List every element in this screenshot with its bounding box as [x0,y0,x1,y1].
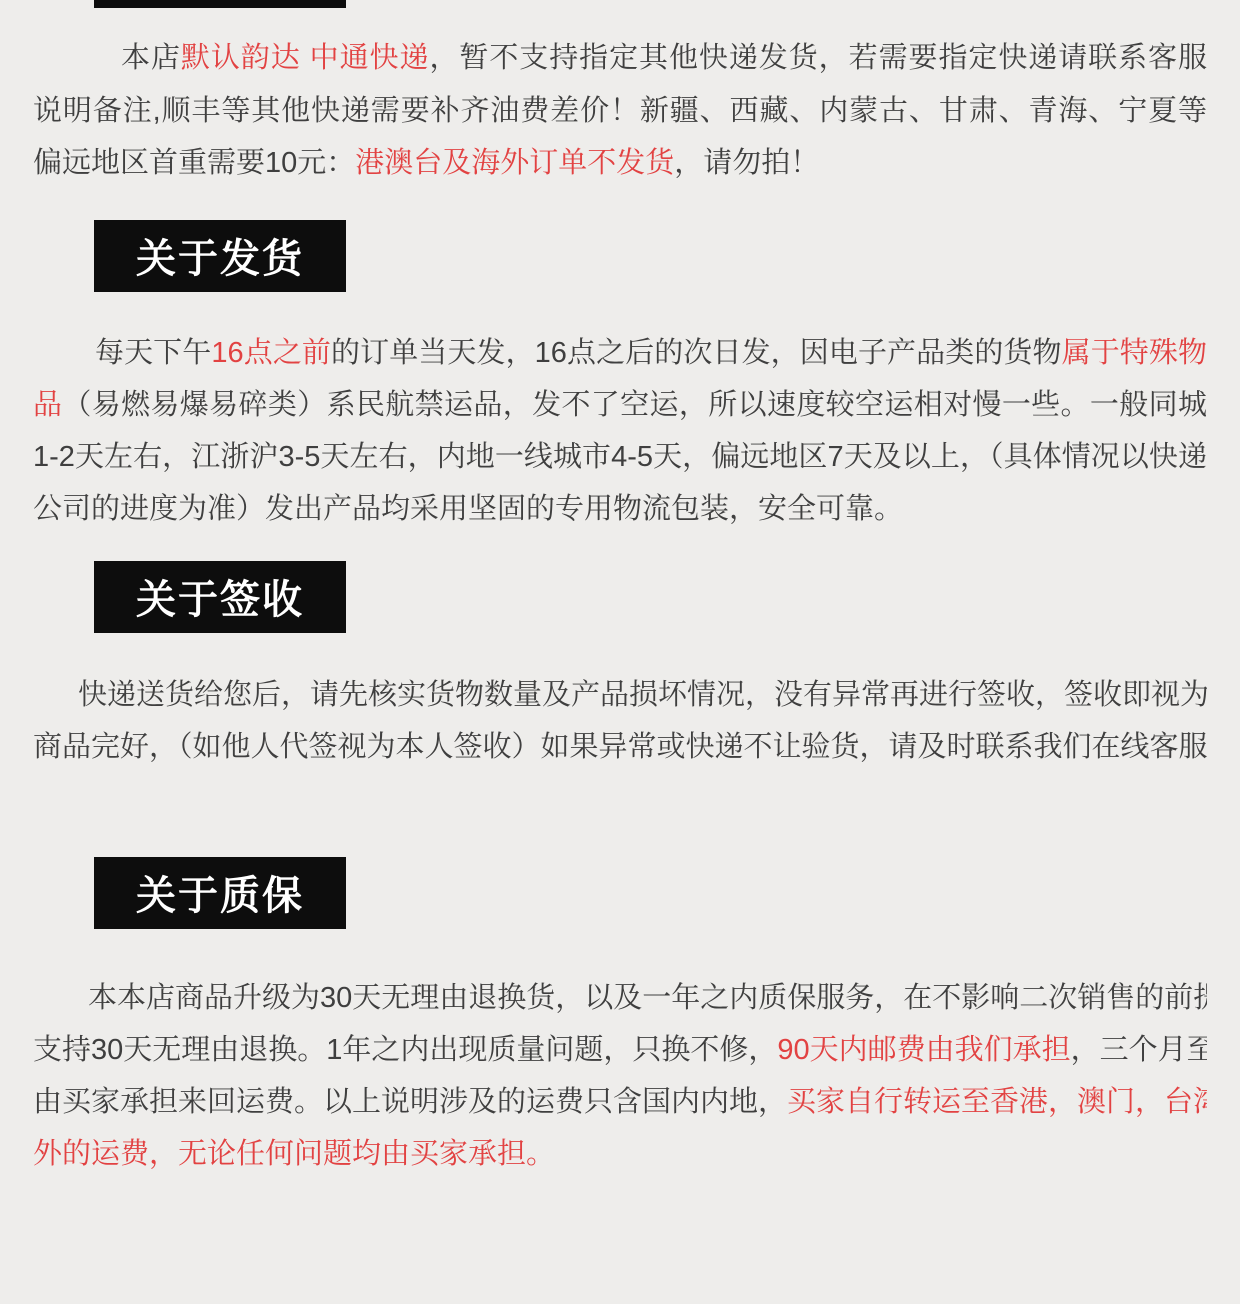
text-segment: 公司的进度为准）发出产品均采用坚固的专用物流包装，安全可靠。 [33,493,903,525]
text-line: 每天下午16点之前的订单当天发，16点之后的次日发，因电子产品类的货物属于特殊物 [33,327,1207,379]
text-segment: ，请勿拍！ [674,147,819,179]
text-segment: （易燃易爆易碎类）系民航禁运品，发不了空运，所以速度较空运相对慢一些。一般同城 [62,389,1207,421]
highlighted-text: 默认韵达 中通快递 [181,42,430,74]
highlighted-text: 16点之前 [211,337,331,369]
text-line: 1-2天左右，江浙沪3-5天左右，内地一线城市4-5天，偏远地区7天及以上，（具… [33,431,1207,483]
warranty-section-banner: 关于质保 [94,857,346,929]
text-line: 偏远地区首重需要10元：港澳台及海外订单不发货，请勿拍！ [33,137,1207,190]
text-segment: ，暂不支持指定其他快递发货，若需要指定快递请联系客服 [429,42,1207,74]
text-line: 本本店商品升级为30天无理由退换货，以及一年之内质保服务，在不影响二次销售的前提… [33,972,1207,1024]
text-line: 由买家承担来回运费。以上说明涉及的运费只含国内内地，买家自行转运至香港，澳门，台… [33,1076,1207,1128]
text-line: 支持30天无理由退换。1年之内出现质量问题，只换不修，90天内邮费由我们承担，三… [33,1024,1207,1076]
text-segment: 的订单当天发，16点之后的次日发，因电子产品类的货物 [331,337,1062,369]
highlighted-text: 90天内邮费由我们承担 [777,1034,1070,1066]
text-segment: 每天下午 [95,337,211,369]
receipt-section-banner: 关于签收 [94,561,346,633]
warranty-banner-title: 关于质保 [136,864,304,921]
product-policy-page: 本店默认韵达 中通快递，暂不支持指定其他快递发货，若需要指定快递请联系客服说明备… [0,0,1240,1304]
text-segment: 说明备注,顺丰等其他快递需要补齐油费差价！新疆、西藏、内蒙古、甘肃、青海、宁夏等 [33,95,1207,127]
highlighted-text: 港澳台及海外订单不发货 [355,147,674,179]
cutoff-banner-strip [94,0,346,8]
text-segment: 由买家承担来回运费。以上说明涉及的运费只含国内内地， [33,1086,787,1118]
text-segment: 1-2天左右，江浙沪3-5天左右，内地一线城市4-5天，偏远地区7天及以上，（具… [33,441,1207,473]
text-line: 说明备注,顺丰等其他快递需要补齐油费差价！新疆、西藏、内蒙古、甘肃、青海、宁夏等 [33,85,1207,138]
text-segment: 支持30天无理由退换。1年之内出现质量问题，只换不修， [33,1034,777,1066]
text-line: 外的运费，无论任何问题均由买家承担。 [33,1128,1207,1180]
text-line: 品（易燃易爆易碎类）系民航禁运品，发不了空运，所以速度较空运相对慢一些。一般同城 [33,379,1207,431]
highlighted-text: 买家自行转运至香港，澳门，台湾及国 [787,1086,1207,1118]
text-line: 商品完好，（如他人代签视为本人签收）如果异常或快递不让验货，请及时联系我们在线客… [33,721,1207,773]
receipt-paragraph: 快递送货给您后，请先核实货物数量及产品损坏情况，没有异常再进行签收，签收即视为商… [33,669,1207,773]
courier-intro-paragraph: 本店默认韵达 中通快递，暂不支持指定其他快递发货，若需要指定快递请联系客服说明备… [33,32,1207,190]
text-line: 快递送货给您后，请先核实货物数量及产品损坏情况，没有异常再进行签收，签收即视为 [33,669,1207,721]
text-segment: 本店 [121,42,181,74]
text-segment: 快递送货给您后，请先核实货物数量及产品损坏情况，没有异常再进行签收，签收即视为 [78,679,1207,711]
warranty-paragraph: 本本店商品升级为30天无理由退换货，以及一年之内质保服务，在不影响二次销售的前提… [33,972,1207,1180]
text-segment: 偏远地区首重需要10元： [33,147,355,179]
highlighted-text: 属于特殊物 [1062,337,1207,369]
text-segment: ，三个月至一年 [1071,1034,1207,1066]
shipping-paragraph: 每天下午16点之前的订单当天发，16点之后的次日发，因电子产品类的货物属于特殊物… [33,327,1207,535]
shipping-banner-title: 关于发货 [136,227,304,284]
text-segment: 本本店商品升级为30天无理由退换货，以及一年之内质保服务，在不影响二次销售的前提… [88,982,1207,1014]
receipt-banner-title: 关于签收 [136,568,304,625]
highlighted-text: 外的运费，无论任何问题均由买家承担。 [33,1138,555,1170]
highlighted-text: 品 [33,389,62,421]
text-line: 本店默认韵达 中通快递，暂不支持指定其他快递发货，若需要指定快递请联系客服 [33,32,1207,85]
shipping-section-banner: 关于发货 [94,220,346,292]
text-segment: 商品完好，（如他人代签视为本人签收）如果异常或快递不让验货，请及时联系我们在线客… [33,731,1207,763]
text-line: 公司的进度为准）发出产品均采用坚固的专用物流包装，安全可靠。 [33,483,1207,535]
